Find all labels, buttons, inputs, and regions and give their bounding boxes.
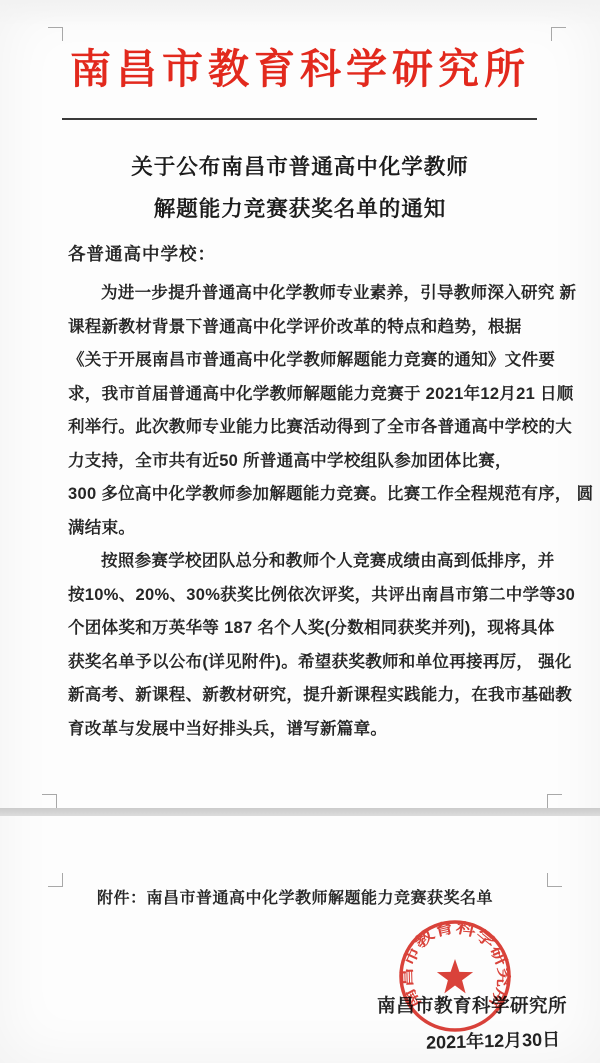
notice-title: 关于公布南昌市普通高中化学教师 解题能力竞赛获奖名单的通知 xyxy=(10,146,590,230)
body-line: 300 多位高中化学教师参加解题能力竞赛。比赛工作全程规范有序， 圆 xyxy=(68,478,546,512)
body-line: 满结束。 xyxy=(68,512,546,546)
body-line: 课程新教材背景下普通高中化学评价改革的特点和趋势，根据 xyxy=(68,311,546,345)
attachment-line: 附件：南昌市普通高中化学教师解题能力竞赛获奖名单 xyxy=(97,885,493,908)
body-line: 利举行。此次教师专业能力比赛活动得到了全市各普通高中学校的大 xyxy=(68,411,546,445)
margin-mark xyxy=(547,873,562,887)
margin-mark xyxy=(547,794,562,808)
page-seam xyxy=(0,808,600,816)
notice-title-line1: 关于公布南昌市普通高中化学教师 xyxy=(10,146,590,188)
body-line: 个团体奖和万英华等 187 名个人奖(分数相同获奖并列)，现将具体 xyxy=(68,612,546,646)
margin-mark xyxy=(48,873,63,887)
body-line: 获奖名单予以公布(详见附件)。希望获奖教师和单位再接再厉， 强化 xyxy=(68,646,546,680)
body-line: 求，我市首届普通高中化学教师解题能力竞赛于 2021年12月21 日顺 xyxy=(68,378,546,412)
salutation: 各普通高中学校： xyxy=(68,241,216,266)
document-photo: 南昌市教育科学研究所 关于公布南昌市普通高中化学教师 解题能力竞赛获奖名单的通知… xyxy=(0,0,600,1063)
body-paragraphs: 为进一步提升普通高中化学教师专业素养，引导教师深入研究 新课程新教材背景下普通高… xyxy=(68,277,546,746)
letterhead-org-name: 南昌市教育科学研究所 xyxy=(0,36,600,95)
star-icon xyxy=(437,959,473,993)
body-line: 力支持，全市共有近50 所普通高中学校组队参加团体比赛， xyxy=(68,445,546,479)
margin-mark xyxy=(42,794,57,808)
body-line: 按照参赛学校团队总分和教师个人竞赛成绩由高到低排序，并 xyxy=(68,545,546,579)
body-line: 按10%、20%、30%获奖比例依次评奖，共评出南昌市第二中学等30 xyxy=(68,579,546,613)
body-line: 为进一步提升普通高中化学教师专业素养，引导教师深入研究 新 xyxy=(68,277,546,311)
body-line: 《关于开展南昌市普通高中化学教师解题能力竞赛的通知》文件要 xyxy=(68,344,546,378)
body-line: 育改革与发展中当好排头兵，谱写新篇章。 xyxy=(68,713,546,747)
official-seal: 南昌市教育科学研究所 xyxy=(395,916,515,1036)
notice-title-line2: 解题能力竞赛获奖名单的通知 xyxy=(10,188,590,230)
body-line: 新高考、新课程、新教材研究，提升新课程实践能力，在我市基础教 xyxy=(68,679,546,713)
letterhead-rule xyxy=(62,118,537,120)
